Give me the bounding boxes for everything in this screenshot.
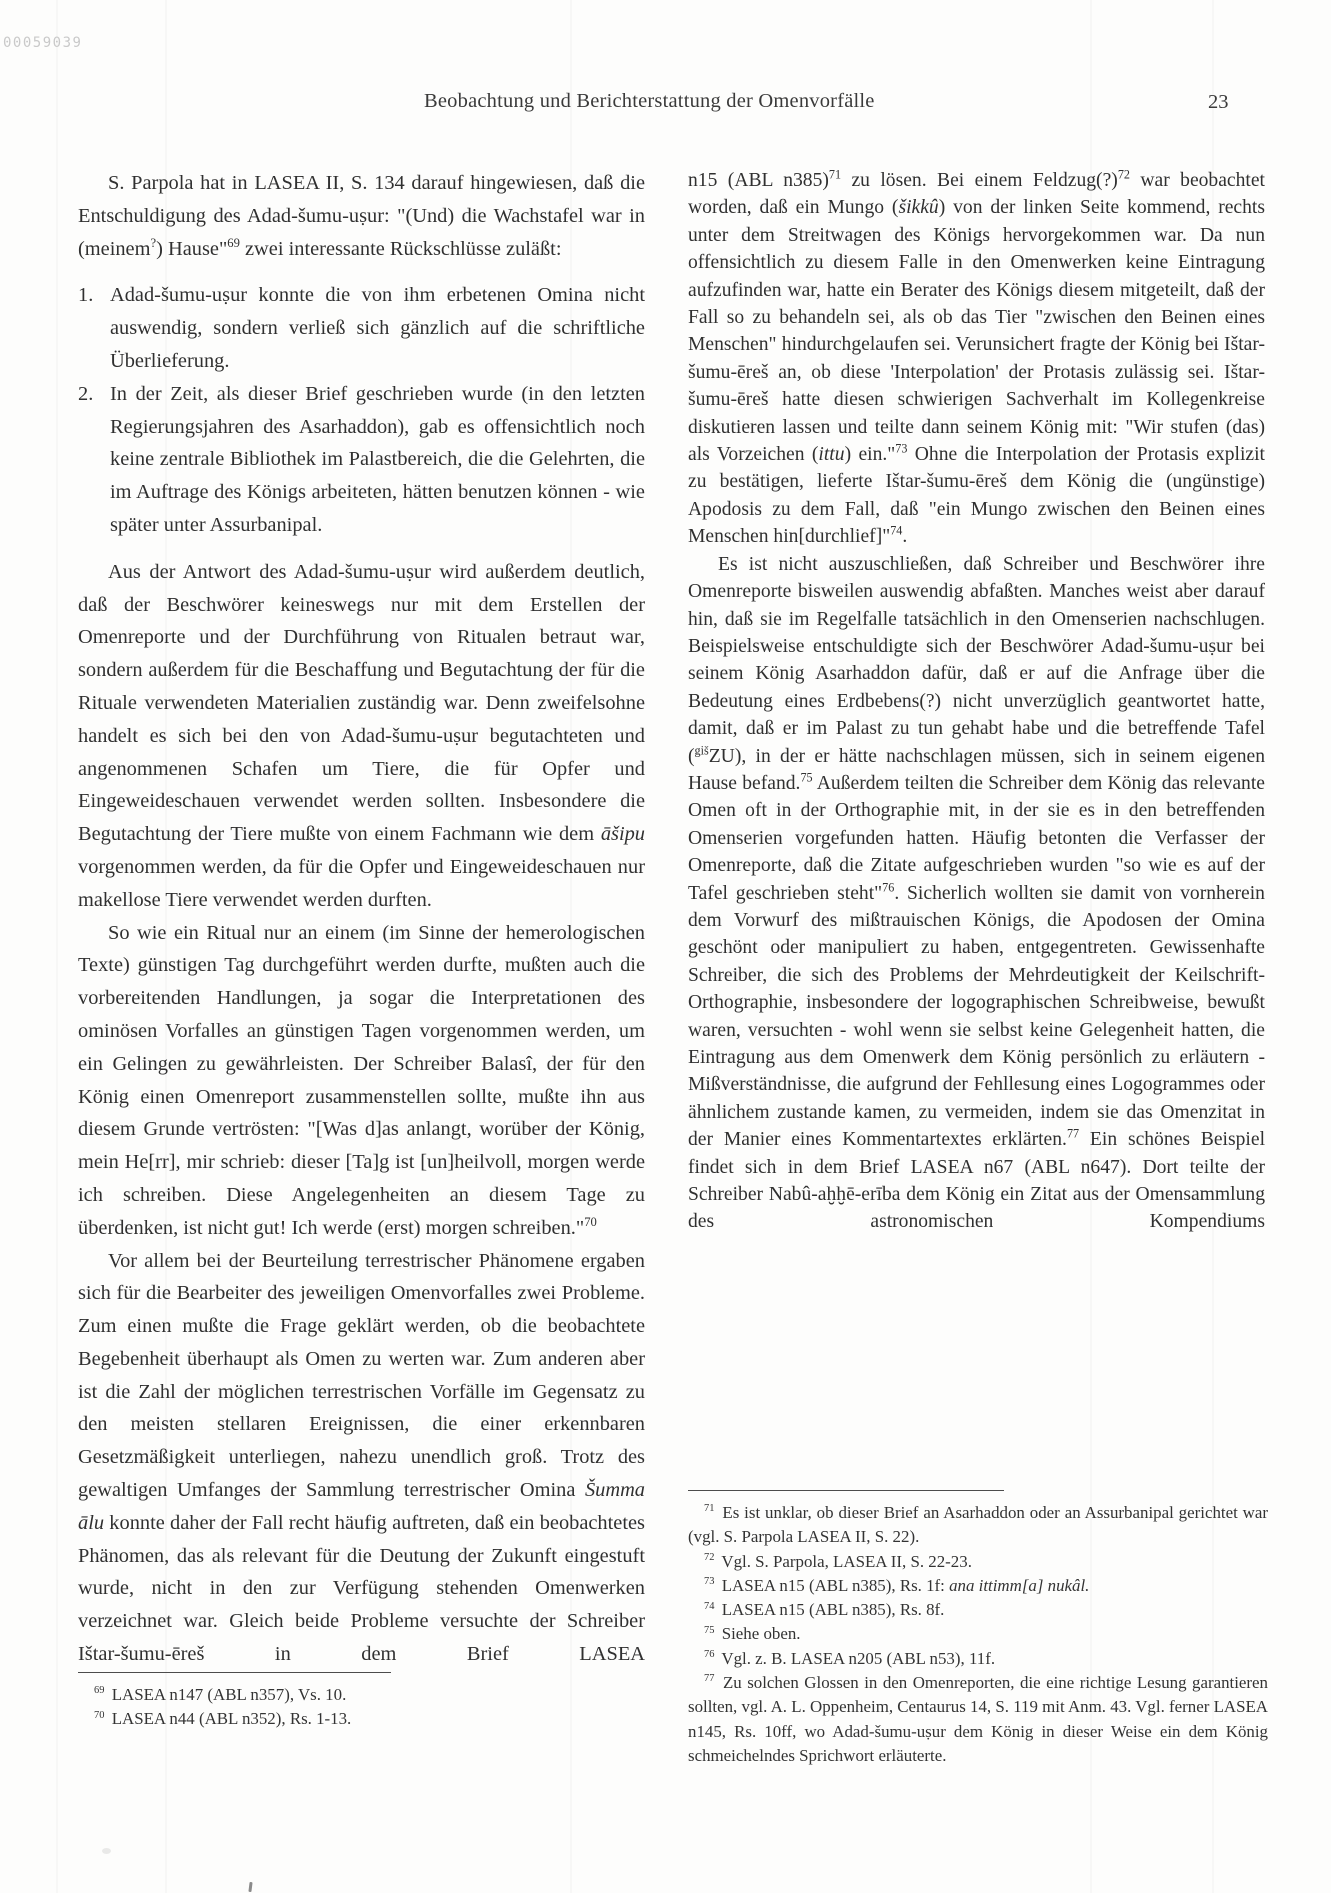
list-item-number: 2. xyxy=(78,378,110,542)
footnote-list-right: 71 Es ist unklar, ob dieser Brief an Asa… xyxy=(688,1501,1268,1768)
list-item-number: 1. xyxy=(78,279,110,377)
numbered-list-item: 2.In der Zeit, als dieser Brief geschrie… xyxy=(78,378,645,542)
footnote-separator-rule xyxy=(688,1490,1004,1491)
numbered-list-item: 1.Adad-šumu-uṣur konnte die von ihm erbe… xyxy=(78,279,645,377)
footnote-number: 77 xyxy=(704,1673,714,1684)
footnote: 69 LASEA n147 (ABL n357), Vs. 10. xyxy=(78,1683,645,1707)
footnote: 74 LASEA n15 (ABL n385), Rs. 8f. xyxy=(688,1598,1268,1622)
footnote-number: 71 xyxy=(704,1503,714,1514)
paragraph: Aus der Antwort des Adad-šumu-uṣur wird … xyxy=(78,556,645,917)
paragraph: So wie ein Ritual nur an einem (im Sinne… xyxy=(78,917,645,1245)
paragraph: Vor allem bei der Beurteilung terrestris… xyxy=(78,1245,645,1668)
footnote-number: 73 xyxy=(704,1576,714,1587)
footnote-number: 74 xyxy=(704,1601,714,1612)
list-item-text: In der Zeit, als dieser Brief geschriebe… xyxy=(110,378,645,542)
scan-smudge xyxy=(102,1848,111,1854)
list-item-text: Adad-šumu-uṣur konnte die von ihm erbete… xyxy=(110,279,645,377)
scan-id-stamp: 00059039 xyxy=(3,35,82,51)
scan-streak xyxy=(56,0,58,1893)
footnote: 72 Vgl. S. Parpola, LASEA II, S. 22-23. xyxy=(688,1550,1268,1574)
footnote: 71 Es ist unklar, ob dieser Brief an Asa… xyxy=(688,1501,1268,1550)
right-text-column: n15 (ABL n385)71 zu lösen. Bei einem Fel… xyxy=(688,167,1265,1491)
page-number: 23 xyxy=(1208,91,1229,114)
footnote-number: 70 xyxy=(94,1710,104,1721)
footnote-number: 75 xyxy=(704,1625,714,1636)
paragraph: Es ist nicht auszuschließen, daß Schreib… xyxy=(688,551,1265,1236)
footnotes-right: 71 Es ist unklar, ob dieser Brief an Asa… xyxy=(688,1490,1268,1768)
running-head-title: Beobachtung und Berichterstattung der Om… xyxy=(424,90,875,113)
footnote-separator-rule xyxy=(78,1672,391,1673)
footnote: 70 LASEA n44 (ABL n352), Rs. 1-13. xyxy=(78,1707,645,1731)
scanned-book-page: 00059039 Beobachtung und Berichterstattu… xyxy=(0,0,1331,1893)
footnote: 73 LASEA n15 (ABL n385), Rs. 1f: ana itt… xyxy=(688,1574,1268,1598)
scan-smudge xyxy=(248,1882,252,1892)
footnote-number: 69 xyxy=(94,1685,104,1696)
paragraph: n15 (ABL n385)71 zu lösen. Bei einem Fel… xyxy=(688,167,1265,551)
footnote: 76 Vgl. z. B. LASEA n205 (ABL n53), 11f. xyxy=(688,1647,1268,1671)
footnote: 75 Siehe oben. xyxy=(688,1622,1268,1646)
left-text-column: S. Parpola hat in LASEA II, S. 134 darau… xyxy=(78,167,645,1667)
footnotes-left: 69 LASEA n147 (ABL n357), Vs. 10.70 LASE… xyxy=(78,1672,645,1732)
footnote-list-left: 69 LASEA n147 (ABL n357), Vs. 10.70 LASE… xyxy=(78,1683,645,1732)
footnote: 77 Zu solchen Glossen in den Omenreporte… xyxy=(688,1671,1268,1768)
paragraph: S. Parpola hat in LASEA II, S. 134 darau… xyxy=(78,167,645,265)
footnote-number: 72 xyxy=(704,1552,714,1563)
footnote-number: 76 xyxy=(704,1649,714,1660)
